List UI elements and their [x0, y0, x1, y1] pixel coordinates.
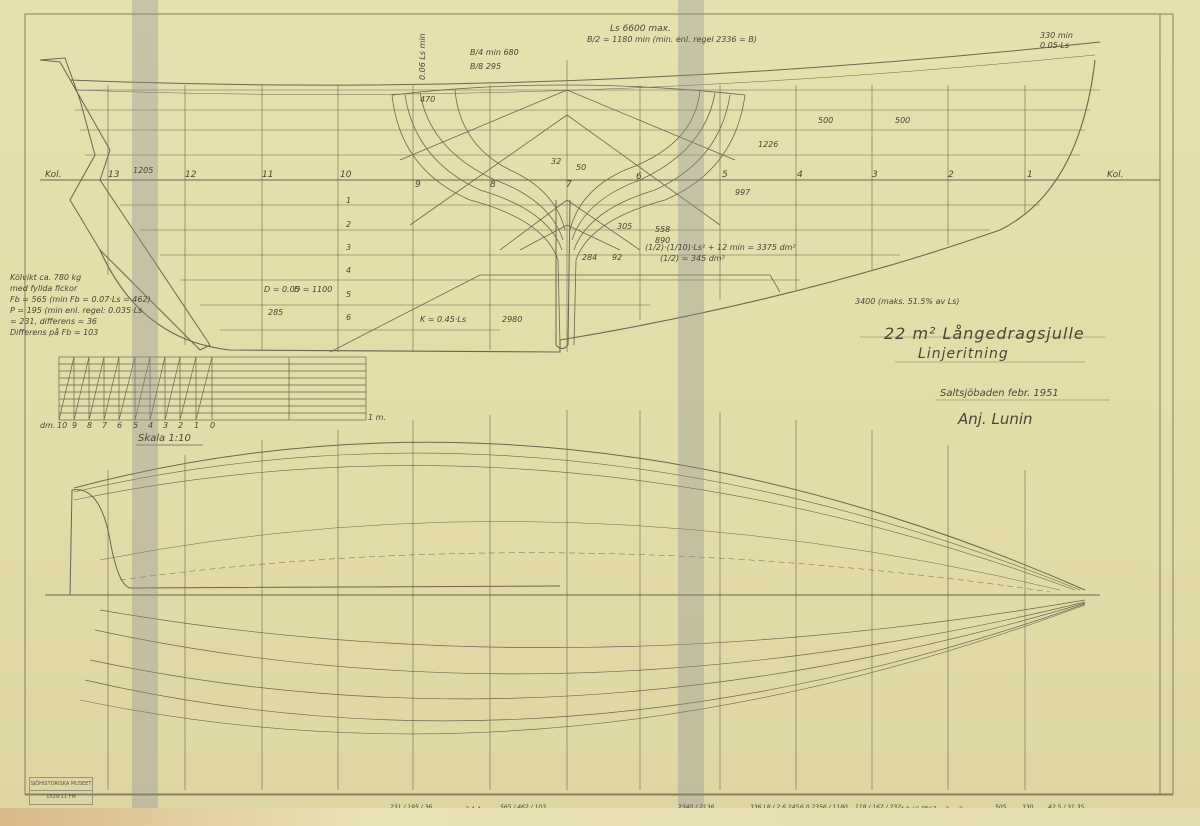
lines-plan-sheet: 22 m² Långedragsjulle Linjeritning Salts… [0, 0, 1200, 826]
waterline-2: 2 [346, 220, 351, 229]
scale-unit-left: dm. [40, 421, 55, 430]
spacing-500-b: 500 [895, 116, 910, 125]
dim-305: 305 [617, 222, 632, 231]
waterline-4: 4 [346, 266, 351, 275]
dim-k: K = 0.45·Ls [420, 315, 466, 324]
station-6: 6 [636, 172, 642, 182]
station-1: 1 [1027, 170, 1033, 180]
waterline-5: 5 [346, 290, 351, 299]
signature: Anj. Lunin [958, 410, 1033, 428]
spacing-500-a: 500 [818, 116, 833, 125]
station-10: 10 [340, 170, 351, 180]
dim-b-half: B/2 = 1180 min (min. enl. regel 2336 = B… [587, 35, 757, 44]
note-p2: = 231, differens = 36 [10, 317, 97, 326]
dim-92: 92 [612, 253, 622, 262]
station-9: 9 [415, 180, 421, 190]
station-4: 4 [797, 170, 803, 180]
scale-tick: 8 [87, 421, 92, 430]
dim-3400: 3400 (maks. 51.5% av Ls) [855, 297, 960, 306]
sheet-border [25, 14, 1173, 794]
scale-tick: 4 [148, 421, 153, 430]
dim-470: 470 [420, 95, 435, 104]
station-13: 13 [108, 170, 119, 180]
station-2: 2 [948, 170, 954, 180]
tape-strip [678, 0, 704, 826]
scale-tick: 7 [102, 421, 107, 430]
area-formula-1: (1/2)·(1/10)·Ls² + 12 min = 3375 dm² [645, 243, 796, 252]
waterline-3: 3 [346, 243, 351, 252]
angle-50: 50 [576, 163, 586, 172]
dim-285: 285 [268, 308, 283, 317]
scale-tick: 3 [163, 421, 168, 430]
station-11: 11 [262, 170, 273, 180]
station-12: 12 [185, 170, 196, 180]
scale-tick: 10 [57, 421, 67, 430]
archive-stamp: SJÖHISTORISKA MUSEET 1529:11 FM [29, 777, 93, 805]
scale-tick: 9 [72, 421, 77, 430]
area-formula-2: (1/2) = 345 dm² [660, 254, 725, 263]
stamp-line-1: SJÖHISTORISKA MUSEET [30, 778, 92, 791]
note-fb: Fb = 565 (min Fb = 0.07·Ls = 462) [10, 295, 151, 304]
dim-284: 284 [582, 253, 597, 262]
station-7: 7 [566, 180, 572, 190]
scale-unit-right: 1 m. [368, 413, 386, 422]
dim-b-8: B/8 295 [470, 62, 501, 71]
waterline-6: 6 [346, 313, 351, 322]
drawing-title: 22 m² Långedragsjulle [884, 324, 1085, 343]
scale-tick: 6 [117, 421, 122, 430]
station-8: 8 [490, 180, 496, 190]
torn-edge [0, 808, 1200, 826]
scale-tick: 0 [210, 421, 215, 430]
place-date: Saltsjöbaden febr. 1951 [940, 388, 1059, 399]
scale-tick: 5 [133, 421, 138, 430]
dim-ls: Ls 6600 max. [610, 24, 671, 34]
stamp-line-2: 1529:11 FM [30, 791, 92, 803]
note-keel-weight: Kölvikt ca. 780 kg [10, 273, 81, 282]
note-diff: Differens på Fb = 103 [10, 328, 98, 337]
dim-d2: D = 1100 [294, 285, 332, 294]
station-5: 5 [722, 170, 728, 180]
station-3: 3 [872, 170, 878, 180]
dim-b-min: B/4 min 680 [470, 48, 519, 57]
scale-tick: 2 [178, 421, 183, 430]
dim-558: 558 [655, 225, 670, 234]
dim-bow-ratio: 0.05·Ls [1040, 41, 1069, 50]
angle-32: 32 [551, 157, 561, 166]
dim-stern-h: 0.06 Ls min [418, 33, 427, 80]
note-tanks: med fyllda fickor [10, 284, 77, 293]
dim-bow-h: 330 min [1040, 31, 1073, 40]
note-p: P = 195 (min enl. regel: 0.035·Ls [10, 306, 142, 315]
scale-label: Skala 1:10 [138, 433, 191, 444]
keel-label-left: Kol. [45, 170, 61, 180]
dim-2980: 2980 [502, 315, 522, 324]
dim-1226: 1226 [758, 140, 778, 149]
waterline-1: 1 [346, 196, 351, 205]
dim-1205: 1205 [133, 166, 153, 175]
keel-label-right: Kol. [1107, 170, 1123, 180]
drawing-subtitle: Linjeritning [918, 346, 1009, 362]
dim-997: 997 [735, 188, 750, 197]
scale-tick: 1 [194, 421, 199, 430]
tape-strip [132, 0, 158, 826]
